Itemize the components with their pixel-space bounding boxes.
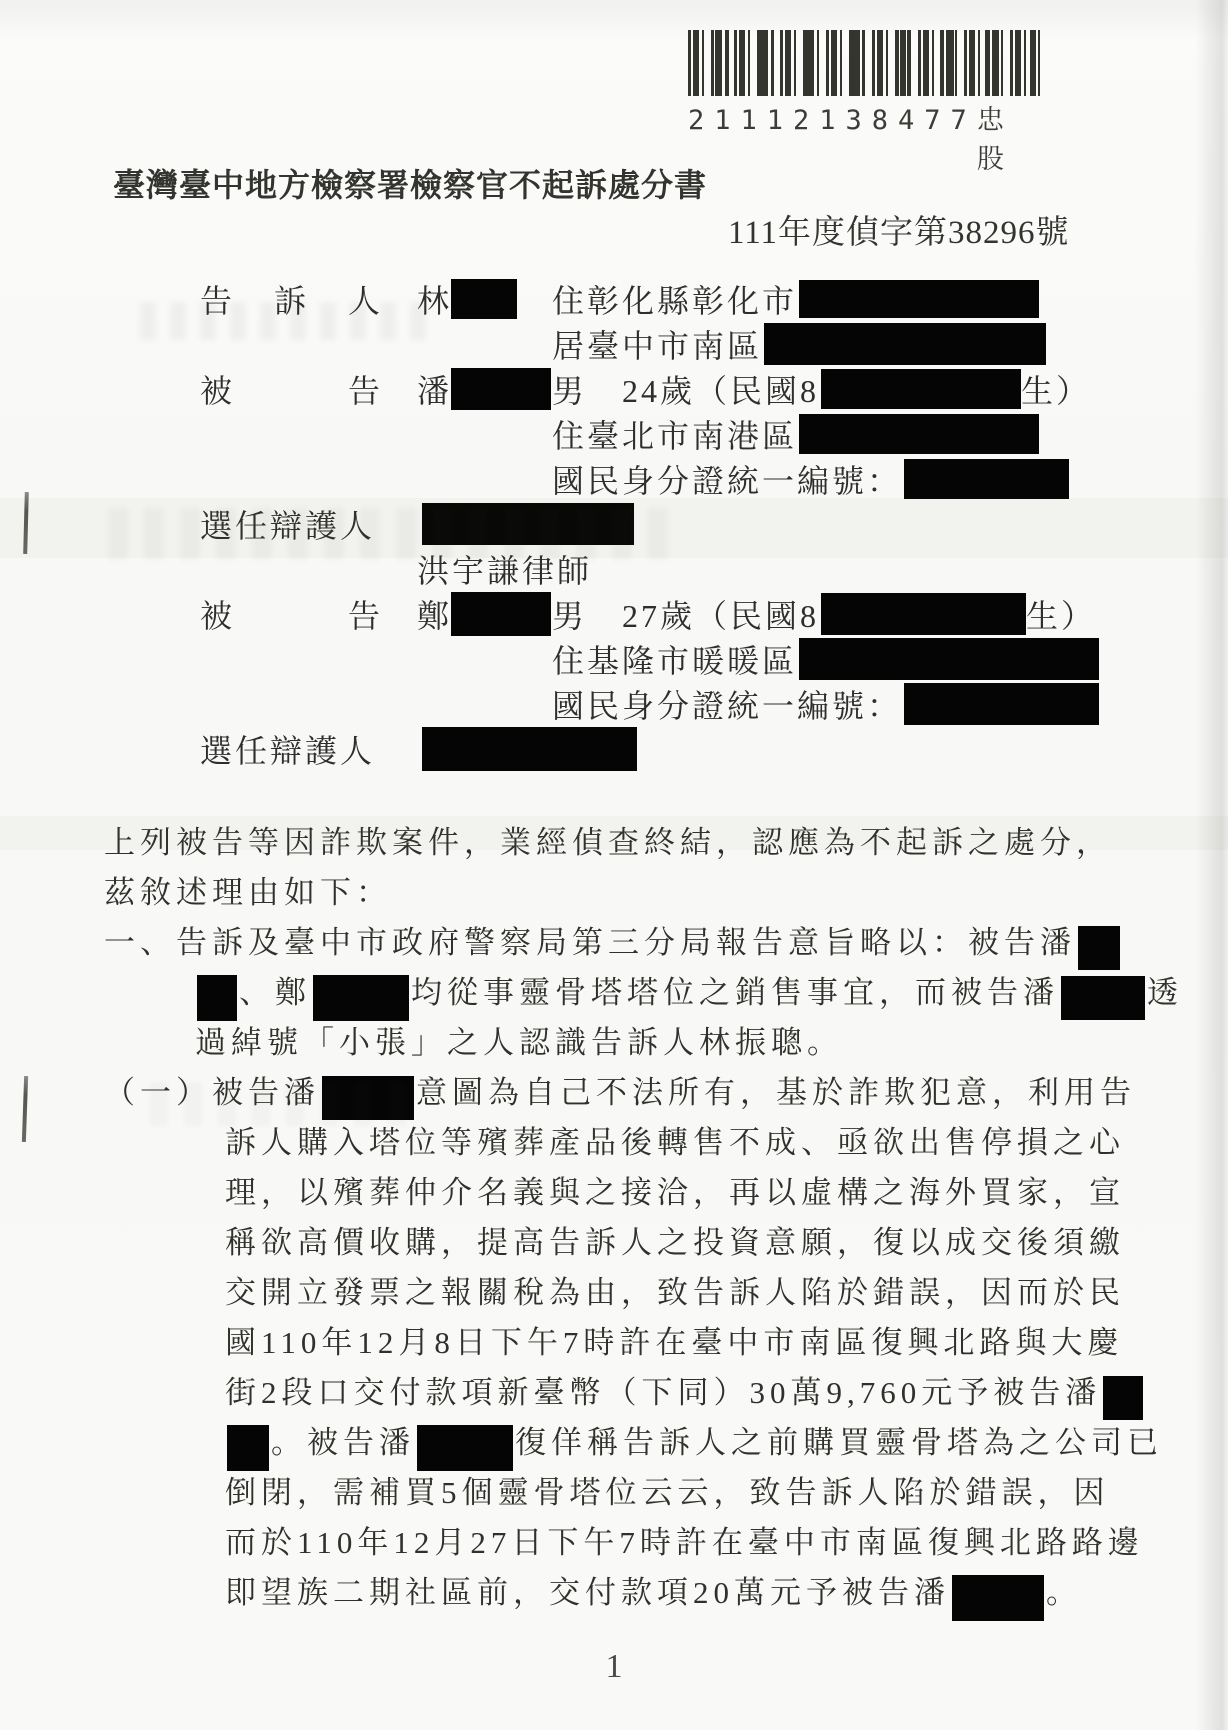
defendant2-role-label: 被告: [200, 591, 380, 637]
redaction-box: [451, 368, 551, 410]
page-number: 1: [0, 1648, 1228, 1686]
address-text: 居臺中市南區: [552, 321, 762, 367]
item1-text: 復佯稱告訴人之前購買靈骨塔為之公司已: [515, 1425, 1163, 1460]
complainant-address-2: 居臺中市南區: [552, 321, 1046, 366]
scanned-document-page: 21112138477 忠 股 臺灣臺中地方檢察署檢察官不起訴處分書 111年度…: [0, 0, 1228, 1730]
section1-text: 透: [1147, 975, 1183, 1010]
redaction-box: [197, 975, 237, 1021]
redaction-box: [799, 638, 1099, 680]
counsel2-row: 選任辯護人: [200, 726, 1160, 771]
item1-text: 。: [1046, 1575, 1082, 1610]
redaction-box: [904, 683, 1099, 725]
item1-line-8: 。被告潘復佯稱告訴人之前購買靈骨塔為之公司已: [225, 1418, 1164, 1468]
item1-line-11: 即望族二期社區前，交付款項20萬元予被告潘。: [225, 1568, 1164, 1618]
redaction-box: [1103, 1376, 1143, 1420]
defendant1-id-row: 國民身分證統一編號：: [200, 456, 1160, 501]
scan-artifact: [150, 1082, 410, 1126]
defendant2-address-row: 住基隆市暖暖區: [200, 636, 1160, 681]
section1-text: 均從事靈骨塔塔位之銷售事宜，而被告潘: [411, 975, 1059, 1010]
section1-text: 告訴及臺中市政府警察局第三分局報告意旨略以：被告潘: [176, 925, 1076, 960]
case-barcode: 21112138477 忠 股: [688, 30, 1040, 176]
barcode-unit-label: 忠 股: [977, 98, 1040, 176]
redaction-box: [821, 369, 1021, 409]
defendant1-role-label: 被告: [200, 366, 380, 412]
barcode-label: 21112138477 忠 股: [688, 98, 1040, 176]
case-number: 111年度偵字第38296號: [728, 206, 1070, 253]
barcode-number: 21112138477: [688, 105, 977, 136]
redaction-box: [821, 593, 1026, 635]
document-title: 臺灣臺中地方檢察署檢察官不起訴處分書: [113, 160, 707, 206]
redaction-box: [904, 459, 1069, 499]
address-text: 住彰化縣彰化市: [552, 276, 797, 322]
section1-text: 、鄭: [239, 975, 311, 1010]
redaction-box: [451, 279, 517, 319]
item1-line-10: 而於110年12月27日下午7時許在臺中市南區復興北路路邊: [225, 1518, 1164, 1568]
defendant2-demographics: 男 27歲（民國8 生）: [552, 591, 1096, 636]
item1-text: 意圖為自己不法所有，基於詐欺犯意，利用告: [416, 1075, 1136, 1110]
intro-line-2: 茲敘述理由如下：: [104, 868, 1164, 918]
redaction-box: [417, 1425, 513, 1471]
redaction-box: [799, 280, 1039, 318]
redaction-box: [1061, 976, 1145, 1020]
demo-text-end: 生）: [1021, 366, 1091, 412]
defendant2-surname: 鄭: [417, 591, 449, 637]
redaction-box: [451, 592, 551, 636]
ruling-body: 上列被告等因詐欺案件，業經偵查終結，認應為不起訴之處分， 茲敘述理由如下： 一、…: [104, 818, 1164, 1618]
defendant1-address-row: 住臺北市南港區: [200, 411, 1160, 456]
item1-line-7: 街2段口交付款項新臺幣（下同）30萬9,760元予被告潘: [225, 1368, 1164, 1418]
redaction-box: [952, 1575, 1044, 1621]
address-text: 住基隆市暖暖區: [552, 636, 797, 682]
redaction-box: [422, 727, 637, 771]
section1-line-1: 一、告訴及臺中市政府警察局第三分局報告意旨略以：被告潘: [104, 918, 1164, 968]
section1-line-2: 、鄭均從事靈骨塔塔位之銷售事宜，而被告潘透: [195, 968, 1164, 1018]
item1-text: 街2段口交付款項新臺幣（下同）30萬9,760元予被告潘: [225, 1375, 1101, 1410]
defendant2-address: 住基隆市暖暖區: [552, 636, 1099, 681]
defendant2-id: 國民身分證統一編號：: [552, 681, 1099, 726]
defendant1-row: 被告 潘 男 24歲（民國8 生）: [200, 366, 1160, 411]
redaction-box: [313, 975, 409, 1021]
id-label: 國民身分證統一編號：: [552, 681, 902, 727]
redaction-box: [1078, 926, 1120, 970]
redaction-box: [227, 1425, 269, 1471]
section1-marker: 一、: [104, 925, 176, 960]
item1-line-5: 交開立發票之報關稅為由，致告訴人陷於錯誤，因而於民: [225, 1268, 1164, 1318]
item1-line-9: 倒閉，需補買5個靈骨塔位云云，致告訴人陷於錯誤，因: [225, 1468, 1164, 1518]
defendant1-demographics: 男 24歲（民國8 生）: [552, 366, 1091, 411]
scan-artifact: [140, 302, 440, 340]
defendant2-row: 被告 鄭 男 27歲（民國8 生）: [200, 591, 1160, 636]
scan-artifact: [0, 498, 1228, 558]
section1-line-3: 過綽號「小張」之人認識告訴人林振聰。: [195, 1018, 1164, 1068]
item1-line-3: 理，以殯葬仲介名義與之接洽，再以虛構之海外買家，宣: [225, 1168, 1164, 1218]
defendant2-id-row: 國民身分證統一編號：: [200, 681, 1160, 726]
item1-text: 即望族二期社區前，交付款項20萬元予被告潘: [225, 1575, 950, 1610]
demo-text-end: 生）: [1026, 591, 1096, 637]
defendant1-name: 潘: [417, 366, 551, 411]
complainant-address-1: 住彰化縣彰化市: [552, 276, 1039, 321]
address-text: 住臺北市南港區: [552, 411, 797, 457]
defendant1-id: 國民身分證統一編號：: [552, 456, 1069, 501]
item1-text: 。被告潘: [271, 1425, 415, 1460]
counsel2-name: [420, 726, 637, 771]
defendant2-name: 鄭: [417, 591, 551, 636]
item1-line-4: 稱欲高價收購，提高告訴人之投資意願，復以成交後須繳: [225, 1218, 1164, 1268]
scan-artifact: [0, 816, 1228, 850]
redaction-box: [799, 414, 1039, 454]
counsel2-role-label: 選任辯護人: [200, 726, 375, 772]
item1-line-6: 國110年12月8日下午7時許在臺中市南區復興北路與大慶: [225, 1318, 1164, 1368]
redaction-box: [764, 323, 1046, 365]
demo-text: 男 24歲（民國8: [552, 366, 819, 412]
staple-mark: [22, 1076, 28, 1142]
defendant1-address: 住臺北市南港區: [552, 411, 1039, 456]
demo-text: 男 27歲（民國8: [552, 591, 819, 637]
defendant1-surname: 潘: [417, 366, 449, 412]
id-label: 國民身分證統一編號：: [552, 456, 902, 502]
barcode-bars: [688, 30, 1040, 96]
